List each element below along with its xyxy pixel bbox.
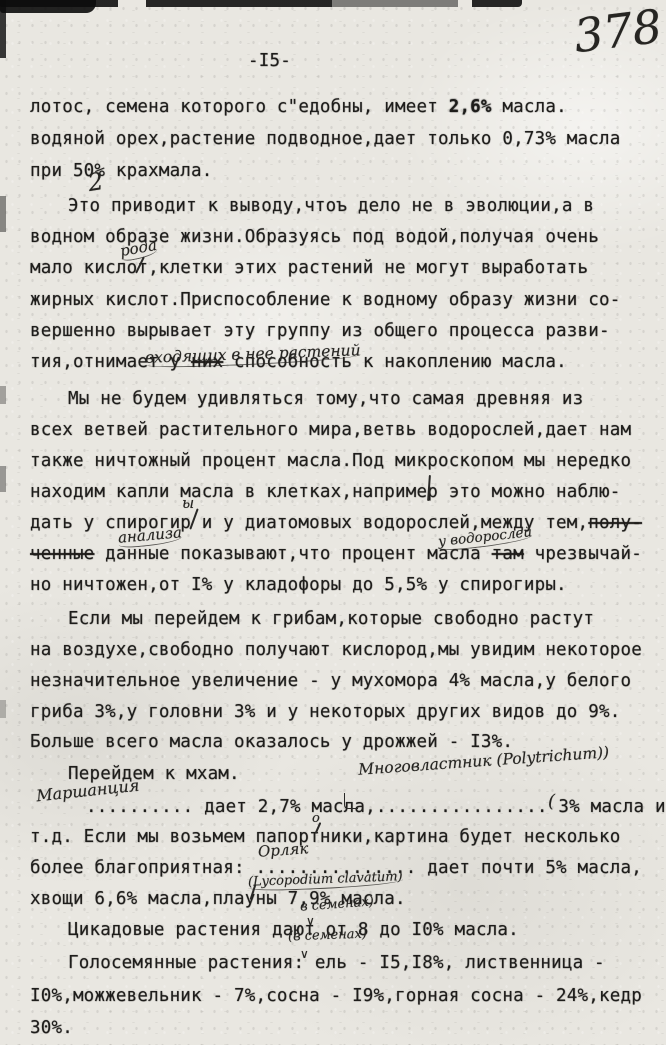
emphasized-value: 2,6% — [449, 97, 492, 117]
handwritten-in-seeds: (в семенах) — [288, 927, 367, 945]
typed-line: также ничтожный процент масла.Под микрос… — [30, 450, 631, 472]
typed-line: Голосемянные растения: ель - I5,I8%, лис… — [68, 952, 605, 974]
handwritten-orlyak: Орляк — [257, 839, 308, 860]
typed-line: .......... дает 2,7% масла,.............… — [86, 796, 666, 818]
typed-line: всех ветвей растительного мира,ветвь вод… — [30, 419, 631, 441]
typed-line: но ничтожен,от I% у кладофоры до 5,5% у … — [30, 574, 567, 596]
typed-line-text: масла. — [492, 97, 567, 117]
insertion-caret: ∨ — [300, 947, 309, 961]
typed-line: лотос, семена которого с"едобны, имеет 2… — [30, 96, 567, 118]
scan-smudge — [0, 0, 96, 13]
typed-line: гриба 3%,у головни 3% и у некоторых друг… — [30, 701, 620, 723]
scanned-typewritten-page: 378 -I5- лотос, семена которого с"едобны… — [0, 0, 666, 1045]
struck-word: там — [492, 544, 524, 564]
typed-line-text: чрезвычай- — [524, 544, 642, 564]
scan-edge-left — [0, 0, 6, 1045]
typed-line: Это приводит к выводу,чтоъ дело не в эво… — [68, 195, 594, 217]
typed-line: при 50% крахмала. — [30, 160, 213, 182]
typed-line: I0%,можжевельник - 7%,сосна - I9%,горная… — [30, 985, 642, 1007]
typed-line: жирных кислот.Приспособление к водному о… — [30, 289, 620, 311]
typed-line: мало кислот,клетки этих растений не могу… — [30, 257, 588, 279]
handwritten-folio-number: 378 — [571, 0, 665, 63]
insertion-caret: ∨ — [306, 914, 315, 928]
page-header: -I5- — [248, 50, 291, 72]
handwritten-letter-correction: ы — [182, 494, 194, 512]
typed-line: водяной орех,растение подводное,дает тол… — [30, 128, 620, 150]
typed-line: находим капли масла в клетках,например э… — [30, 481, 620, 503]
struck-word: полу- — [588, 513, 642, 533]
typed-line: т.д. Если мы возьмем папортники,картина … — [30, 826, 620, 848]
typed-line-text: лотос, семена которого с"едобны, имеет — [30, 97, 449, 117]
typed-line: Если мы перейдем к грибам,которые свобод… — [68, 608, 594, 630]
typed-line: водном образе жизни.Образуясь под водой,… — [30, 226, 599, 248]
insertion-paren: ( — [548, 791, 555, 812]
typed-line: Мы не будем удивляться тому,что самая др… — [68, 388, 583, 410]
typed-line: 30%. — [30, 1017, 73, 1039]
typed-line: незначительное увеличение - у мухомора 4… — [30, 670, 631, 692]
typed-line: Больше всего масла оказалось у дрожжей -… — [30, 731, 513, 753]
insertion-bracket — [344, 793, 358, 809]
typed-line: на воздухе,свободно получают кислород,мы… — [30, 639, 642, 661]
typed-line: вершенно вырывает эту группу из общего п… — [30, 320, 610, 342]
struck-word: ченные — [30, 544, 94, 564]
typed-line-text: данные показывают,что процент масла — [94, 544, 491, 564]
